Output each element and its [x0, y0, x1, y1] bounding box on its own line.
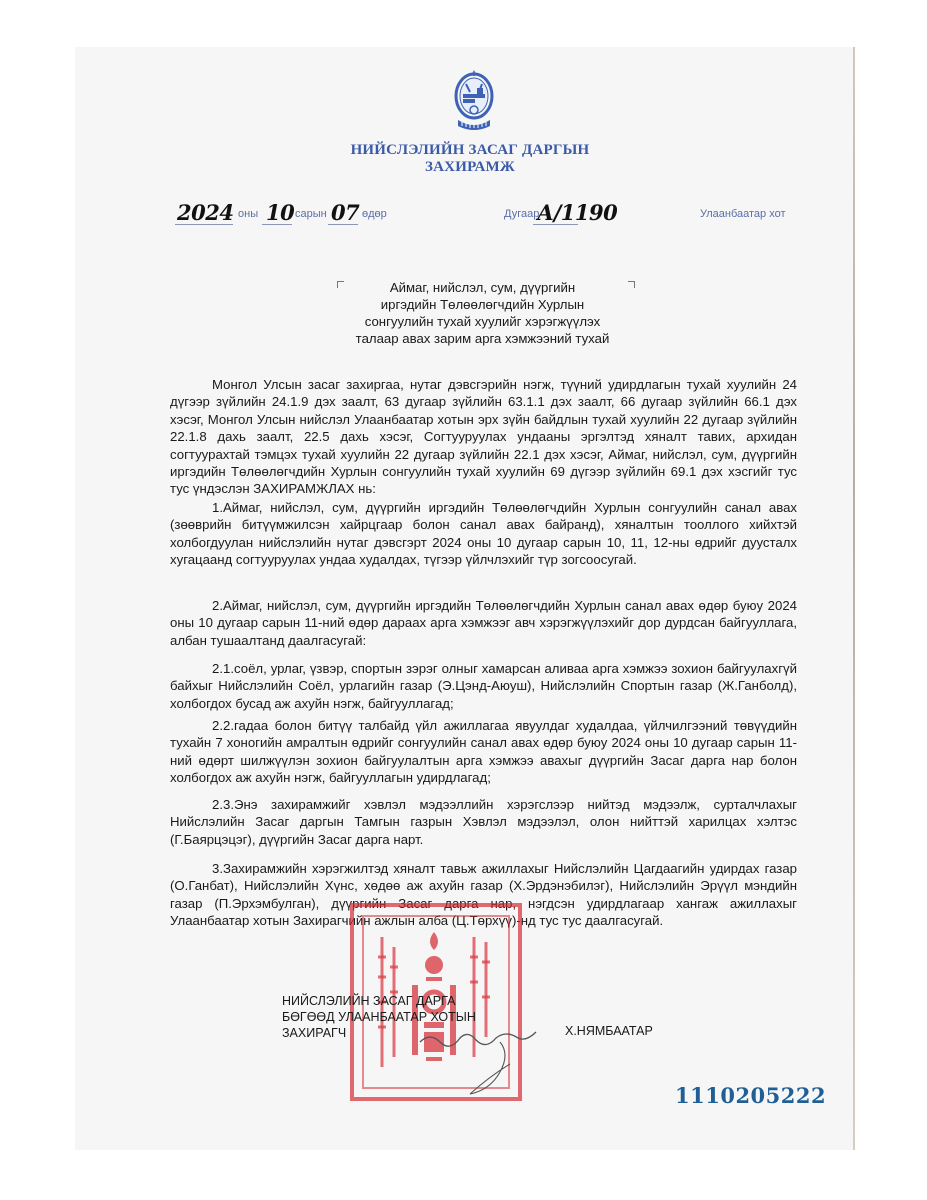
org-title: НИЙСЛЭЛИЙН ЗАСАГ ДАРГЫН ЗАХИРАМЖ: [280, 142, 660, 176]
preamble-text: Монгол Улсын засаг захиргаа, нутаг дэвсг…: [170, 376, 797, 498]
year-underline: [175, 224, 233, 225]
city-label: Улаанбаатар хот: [700, 208, 786, 220]
date-month: 10: [266, 200, 294, 225]
org-title-line2: ЗАХИРАМЖ: [280, 159, 660, 176]
subject-line: талаар авах зарим арга хэмжээний тухай: [340, 330, 625, 347]
day-label: өдөр: [362, 208, 387, 220]
handwritten-signature-icon: [410, 1020, 560, 1100]
subject-corner-right: [628, 281, 635, 288]
day-underline: [328, 224, 358, 225]
item-2-3-paragraph: 2.3.Энэ захирамжийг хэвлэл мэдээллийн хэ…: [170, 796, 797, 848]
mongolia-state-emblem-icon: [454, 70, 494, 136]
item-2-3-text: 2.3.Энэ захирамжийг хэвлэл мэдээллийн хэ…: [170, 796, 797, 848]
signatory-name: Х.НЯМБААТАР: [565, 1024, 653, 1038]
item-2-1-text: 2.1.соёл, урлаг, үзвэр, спортын зэрэг ол…: [170, 660, 797, 712]
subject-line: сонгуулийн тухай хуулийг хэрэгжүүлэх: [340, 313, 625, 330]
subject-line: Аймаг, нийслэл, сум, дүүргийн: [340, 279, 625, 296]
number-underline: [533, 224, 578, 225]
month-underline: [262, 224, 292, 225]
signatory-title-line1: НИЙСЛЭЛИЙН ЗАСАГ ДАРГА: [282, 993, 476, 1009]
decree-subject: Аймаг, нийслэл, сум, дүүргийн иргэдийн Т…: [340, 279, 625, 347]
date-year: 2024: [177, 200, 233, 225]
item-2-1-paragraph: 2.1.соёл, урлаг, үзвэр, спортын зэрэг ол…: [170, 660, 797, 712]
item-2-2-text: 2.2.гадаа болон битүү талбайд үйл ажилла…: [170, 717, 797, 787]
item-2-text: 2.Аймаг, нийслэл, сум, дүүргийн иргэдийн…: [170, 597, 797, 649]
month-label: сарын: [295, 208, 327, 220]
subject-line: иргэдийн Төлөөлөгчдийн Хурлын: [340, 296, 625, 313]
item-2-paragraph: 2.Аймаг, нийслэл, сум, дүүргийн иргэдийн…: [170, 597, 797, 649]
decree-number: А/1190: [537, 200, 617, 225]
serial-number: 1110205222: [675, 1083, 826, 1108]
item-1-text: 1.Аймаг, нийслэл, сум, дүүргийн иргэдийн…: [170, 499, 797, 569]
item-2-2-paragraph: 2.2.гадаа болон битүү талбайд үйл ажилла…: [170, 717, 797, 787]
number-label: Дугаар: [504, 208, 539, 220]
item-1-paragraph: 1.Аймаг, нийслэл, сум, дүүргийн иргэдийн…: [170, 499, 797, 569]
org-title-line1: НИЙСЛЭЛИЙН ЗАСАГ ДАРГЫН: [280, 142, 660, 159]
year-label: оны: [238, 208, 258, 220]
date-row: 2024 оны 10 сарын 07 өдөр Дугаар А/1190 …: [0, 200, 927, 230]
date-day: 07: [331, 200, 359, 225]
preamble-paragraph: Монгол Улсын засаг захиргаа, нутаг дэвсг…: [170, 376, 797, 498]
